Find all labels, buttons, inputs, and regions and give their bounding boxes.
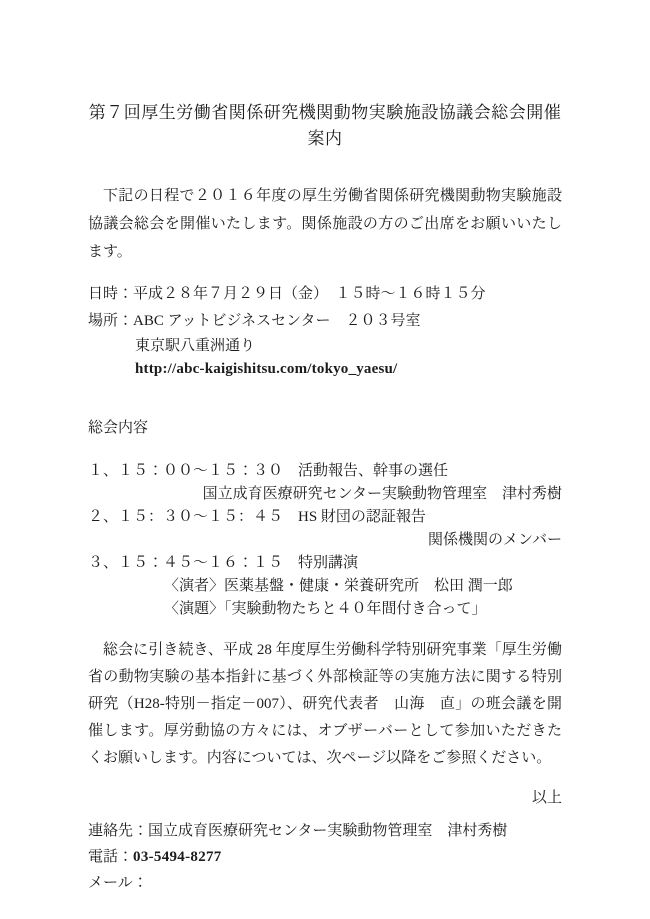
sign-off: 以上 <box>88 787 562 810</box>
agenda-item-3: ３、１５：４５～１６：１５ 特別講演 <box>88 552 562 575</box>
event-address: 東京駅八重洲通り <box>88 335 562 358</box>
agenda-item-2-attribution: 関係機関のメンバー <box>88 529 562 552</box>
phone-label: 電話： <box>88 849 133 865</box>
place-label: 場所： <box>88 313 133 329</box>
phone-value: 03-5494-8277 <box>133 849 222 865</box>
page-title: 第７回厚生労働省関係研究機関動物実験施設協議会総会開催案内 <box>88 100 562 152</box>
intro-paragraph: 下記の日程で２０１６年度の厚生労働省関係研究機関動物実験施設協議会総会を開催いた… <box>88 182 562 266</box>
agenda-item-3-speaker: 〈演者〉医薬基盤・健康・栄養研究所 松田 潤一郎 <box>88 575 562 598</box>
event-url: http://abc-kaigishitsu.com/tokyo_yaesu/ <box>88 358 562 381</box>
contact-line: 連絡先：国立成育医療研究センター実験動物管理室 津村秀樹 <box>88 818 562 844</box>
agenda-item-1-attribution: 国立成育医療研究センター実験動物管理室 津村秀樹 <box>88 483 562 506</box>
event-details: 日時：平成２８年７月２９日（金） １５時～１６時１５分 場所：ABC アットビジ… <box>88 281 562 381</box>
contact-block: 連絡先：国立成育医療研究センター実験動物管理室 津村秀樹 電話：03-5494-… <box>88 818 562 896</box>
document-page: 第７回厚生労働省関係研究機関動物実験施設協議会総会開催案内 下記の日程で２０１６… <box>0 0 650 919</box>
agenda-item-1: １、１５：００～１５：３０ 活動報告、幹事の選任 <box>88 460 562 483</box>
contact-mail-line: メール： <box>88 870 562 896</box>
agenda-item-3-topic: 〈演題〉「実験動物たちと４０年間付き合って」 <box>88 598 562 621</box>
closing-paragraph: 総会に引き続き、平成 28 年度厚生労働科学特別研究事業「厚生労働省の動物実験の… <box>88 637 562 772</box>
event-datetime-line: 日時：平成２８年７月２９日（金） １５時～１６時１５分 <box>88 281 562 308</box>
datetime-label: 日時： <box>88 286 133 302</box>
agenda-item-2: ２、１５：３０～１５：４５ HS 財団の認証報告 <box>88 506 562 529</box>
agenda-list: １、１５：００～１５：３０ 活動報告、幹事の選任 国立成育医療研究センター実験動… <box>88 460 562 621</box>
place-value: ABC アットビジネスセンター ２０３号室 <box>133 313 421 329</box>
datetime-value: 平成２８年７月２９日（金） １５時～１６時１５分 <box>133 286 486 302</box>
contact-phone-line: 電話：03-5494-8277 <box>88 844 562 870</box>
event-place-line: 場所：ABC アットビジネスセンター ２０３号室 <box>88 308 562 335</box>
agenda-heading: 総会内容 <box>88 417 562 440</box>
